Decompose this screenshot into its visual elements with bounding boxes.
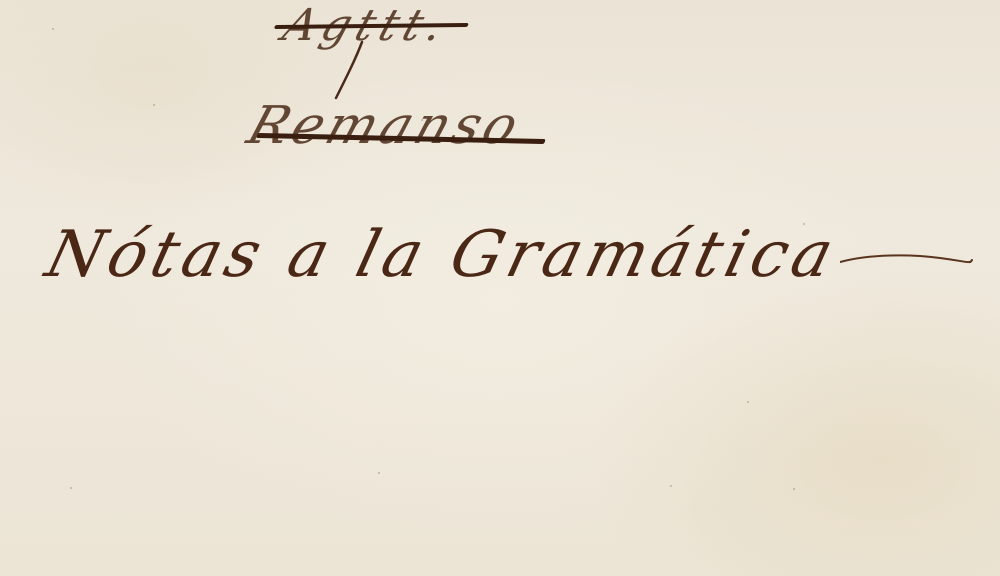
manuscript-title: Nótas a la Gramática <box>39 218 845 292</box>
struck-word-2-text: Remanso <box>240 96 529 156</box>
paper-speck <box>70 487 72 489</box>
struck-word-2: Remanso <box>240 96 529 156</box>
paper-speck <box>378 472 380 474</box>
paper-speck <box>670 485 672 487</box>
paper-speck <box>52 28 54 30</box>
struck-heading-line-2: Remanso <box>240 96 529 156</box>
title-tail-flourish <box>840 250 975 270</box>
struck-word-1: Agttt. <box>277 0 457 51</box>
struck-heading-line-1: Agttt. <box>277 0 457 51</box>
paper-speck <box>793 488 795 490</box>
paper-speck <box>747 401 749 403</box>
manuscript-page: Agttt. Remanso Nótas a la Gramática <box>0 0 1000 576</box>
paper-speck <box>153 104 155 106</box>
